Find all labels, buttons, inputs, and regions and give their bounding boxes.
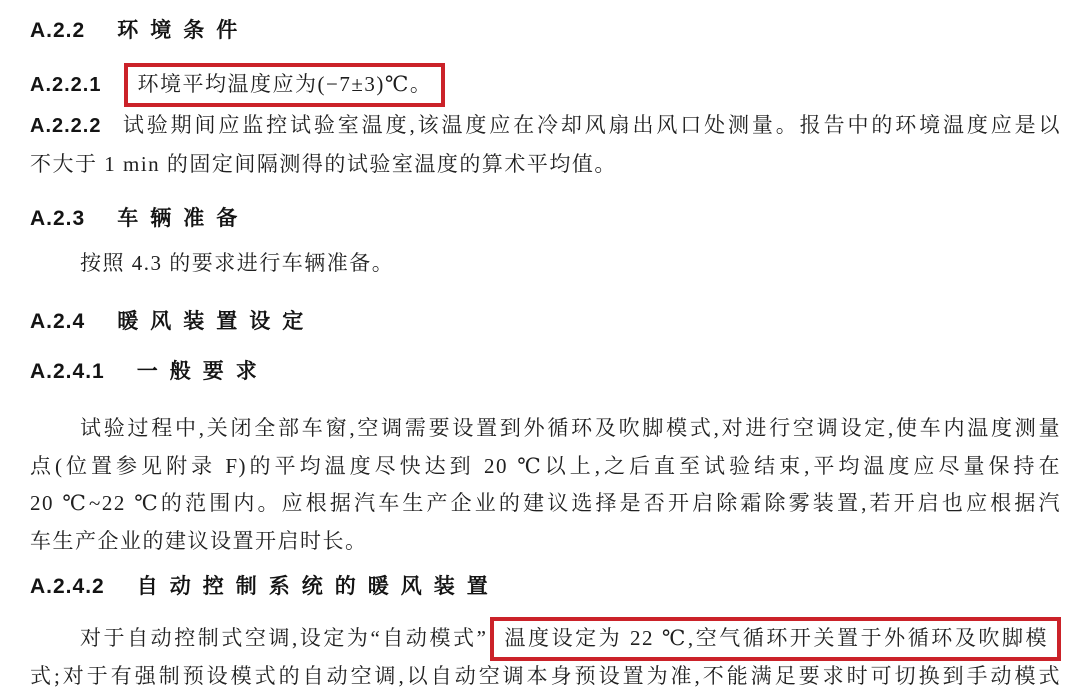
clause-number: A.2.4.1 (30, 360, 105, 383)
clause-title: 环境条件 (117, 19, 249, 42)
paragraph-line: 式;对于有强制预设模式的自动空调,以自动空调本身预设置为准,不能满足要求时可切换… (30, 658, 1061, 696)
paragraph-line: 对于自动控制式空调,设定为“自动模式”温度设定为 22 ℃,空气循环开关置于外循… (30, 620, 1061, 658)
clause-a241-body: 试验过程中,关闭全部车窗,空调需要设置到外循环及吹脚模式,对进行空调设定,使车内… (30, 410, 1061, 560)
paragraph-line: 点(位置参见附录 F)的平均温度尽快达到 20 ℃以上,之后直至试验结束,平均温… (30, 448, 1061, 486)
paragraph-text: 对于自动控制式空调,设定为“自动模式” (80, 626, 487, 650)
paragraph-line: 按照 4.3 的要求进行车辆准备。 (30, 245, 1061, 283)
document-page: { "page": { "background": "#ffffff", "te… (0, 0, 1069, 698)
highlight-box-ac-setting: 温度设定为 22 ℃,空气循环开关置于外循环及吹脚模 (490, 617, 1061, 661)
clause-a221: A.2.2.1环境平均温度应为(−7±3)℃。 (30, 72, 1061, 98)
clause-title: 一般要求 (137, 360, 269, 383)
paragraph-line: 试验过程中,关闭全部车窗,空调需要设置到外循环及吹脚模式,对进行空调设定,使车内… (30, 410, 1061, 448)
clause-title: 自动控制系统的暖风装置 (137, 575, 500, 598)
paragraph-line: 20 ℃~22 ℃的范围内。应根据汽车生产企业的建议选择是否开启除霜除雾装置,若… (30, 485, 1061, 523)
heading-a23: A.2.3车辆准备 (30, 206, 1061, 232)
clause-number: A.2.2.2 (30, 115, 101, 137)
clause-a222: A.2.2.2试验期间应监控试验室温度,该温度应在冷却风扇出风口处测量。报告中的… (30, 107, 1061, 183)
paragraph-text: 试验期间应监控试验室温度,该温度应在冷却风扇出风口处测量。报告中的环境温度应是以 (121, 113, 1061, 137)
paragraph-line: 不大于 1 min 的固定间隔测得的试验室温度的算术平均值。 (30, 146, 1061, 184)
clause-a242-body: 对于自动控制式空调,设定为“自动模式”温度设定为 22 ℃,空气循环开关置于外循… (30, 620, 1061, 695)
clause-number: A.2.2 (30, 19, 85, 42)
heading-a241: A.2.4.1一般要求 (30, 359, 1061, 385)
clause-number: A.2.4 (30, 310, 85, 333)
heading-a242: A.2.4.2自动控制系统的暖风装置 (30, 574, 1061, 600)
clause-title: 车辆准备 (117, 207, 249, 230)
paragraph-line: 车生产企业的建议设置开启时长。 (30, 523, 1061, 561)
paragraph-line: A.2.2.2试验期间应监控试验室温度,该温度应在冷却风扇出风口处测量。报告中的… (30, 107, 1061, 146)
clause-a23-body: 按照 4.3 的要求进行车辆准备。 (30, 245, 1061, 283)
heading-a24: A.2.4暖风装置设定 (30, 309, 1061, 335)
clause-number: A.2.3 (30, 207, 85, 230)
highlight-box-temperature: 环境平均温度应为(−7±3)℃。 (124, 63, 445, 107)
clause-number: A.2.4.2 (30, 575, 105, 598)
clause-number: A.2.2.1 (30, 74, 101, 96)
heading-a22: A.2.2环境条件 (30, 18, 1061, 44)
clause-title: 暖风装置设定 (117, 310, 315, 333)
